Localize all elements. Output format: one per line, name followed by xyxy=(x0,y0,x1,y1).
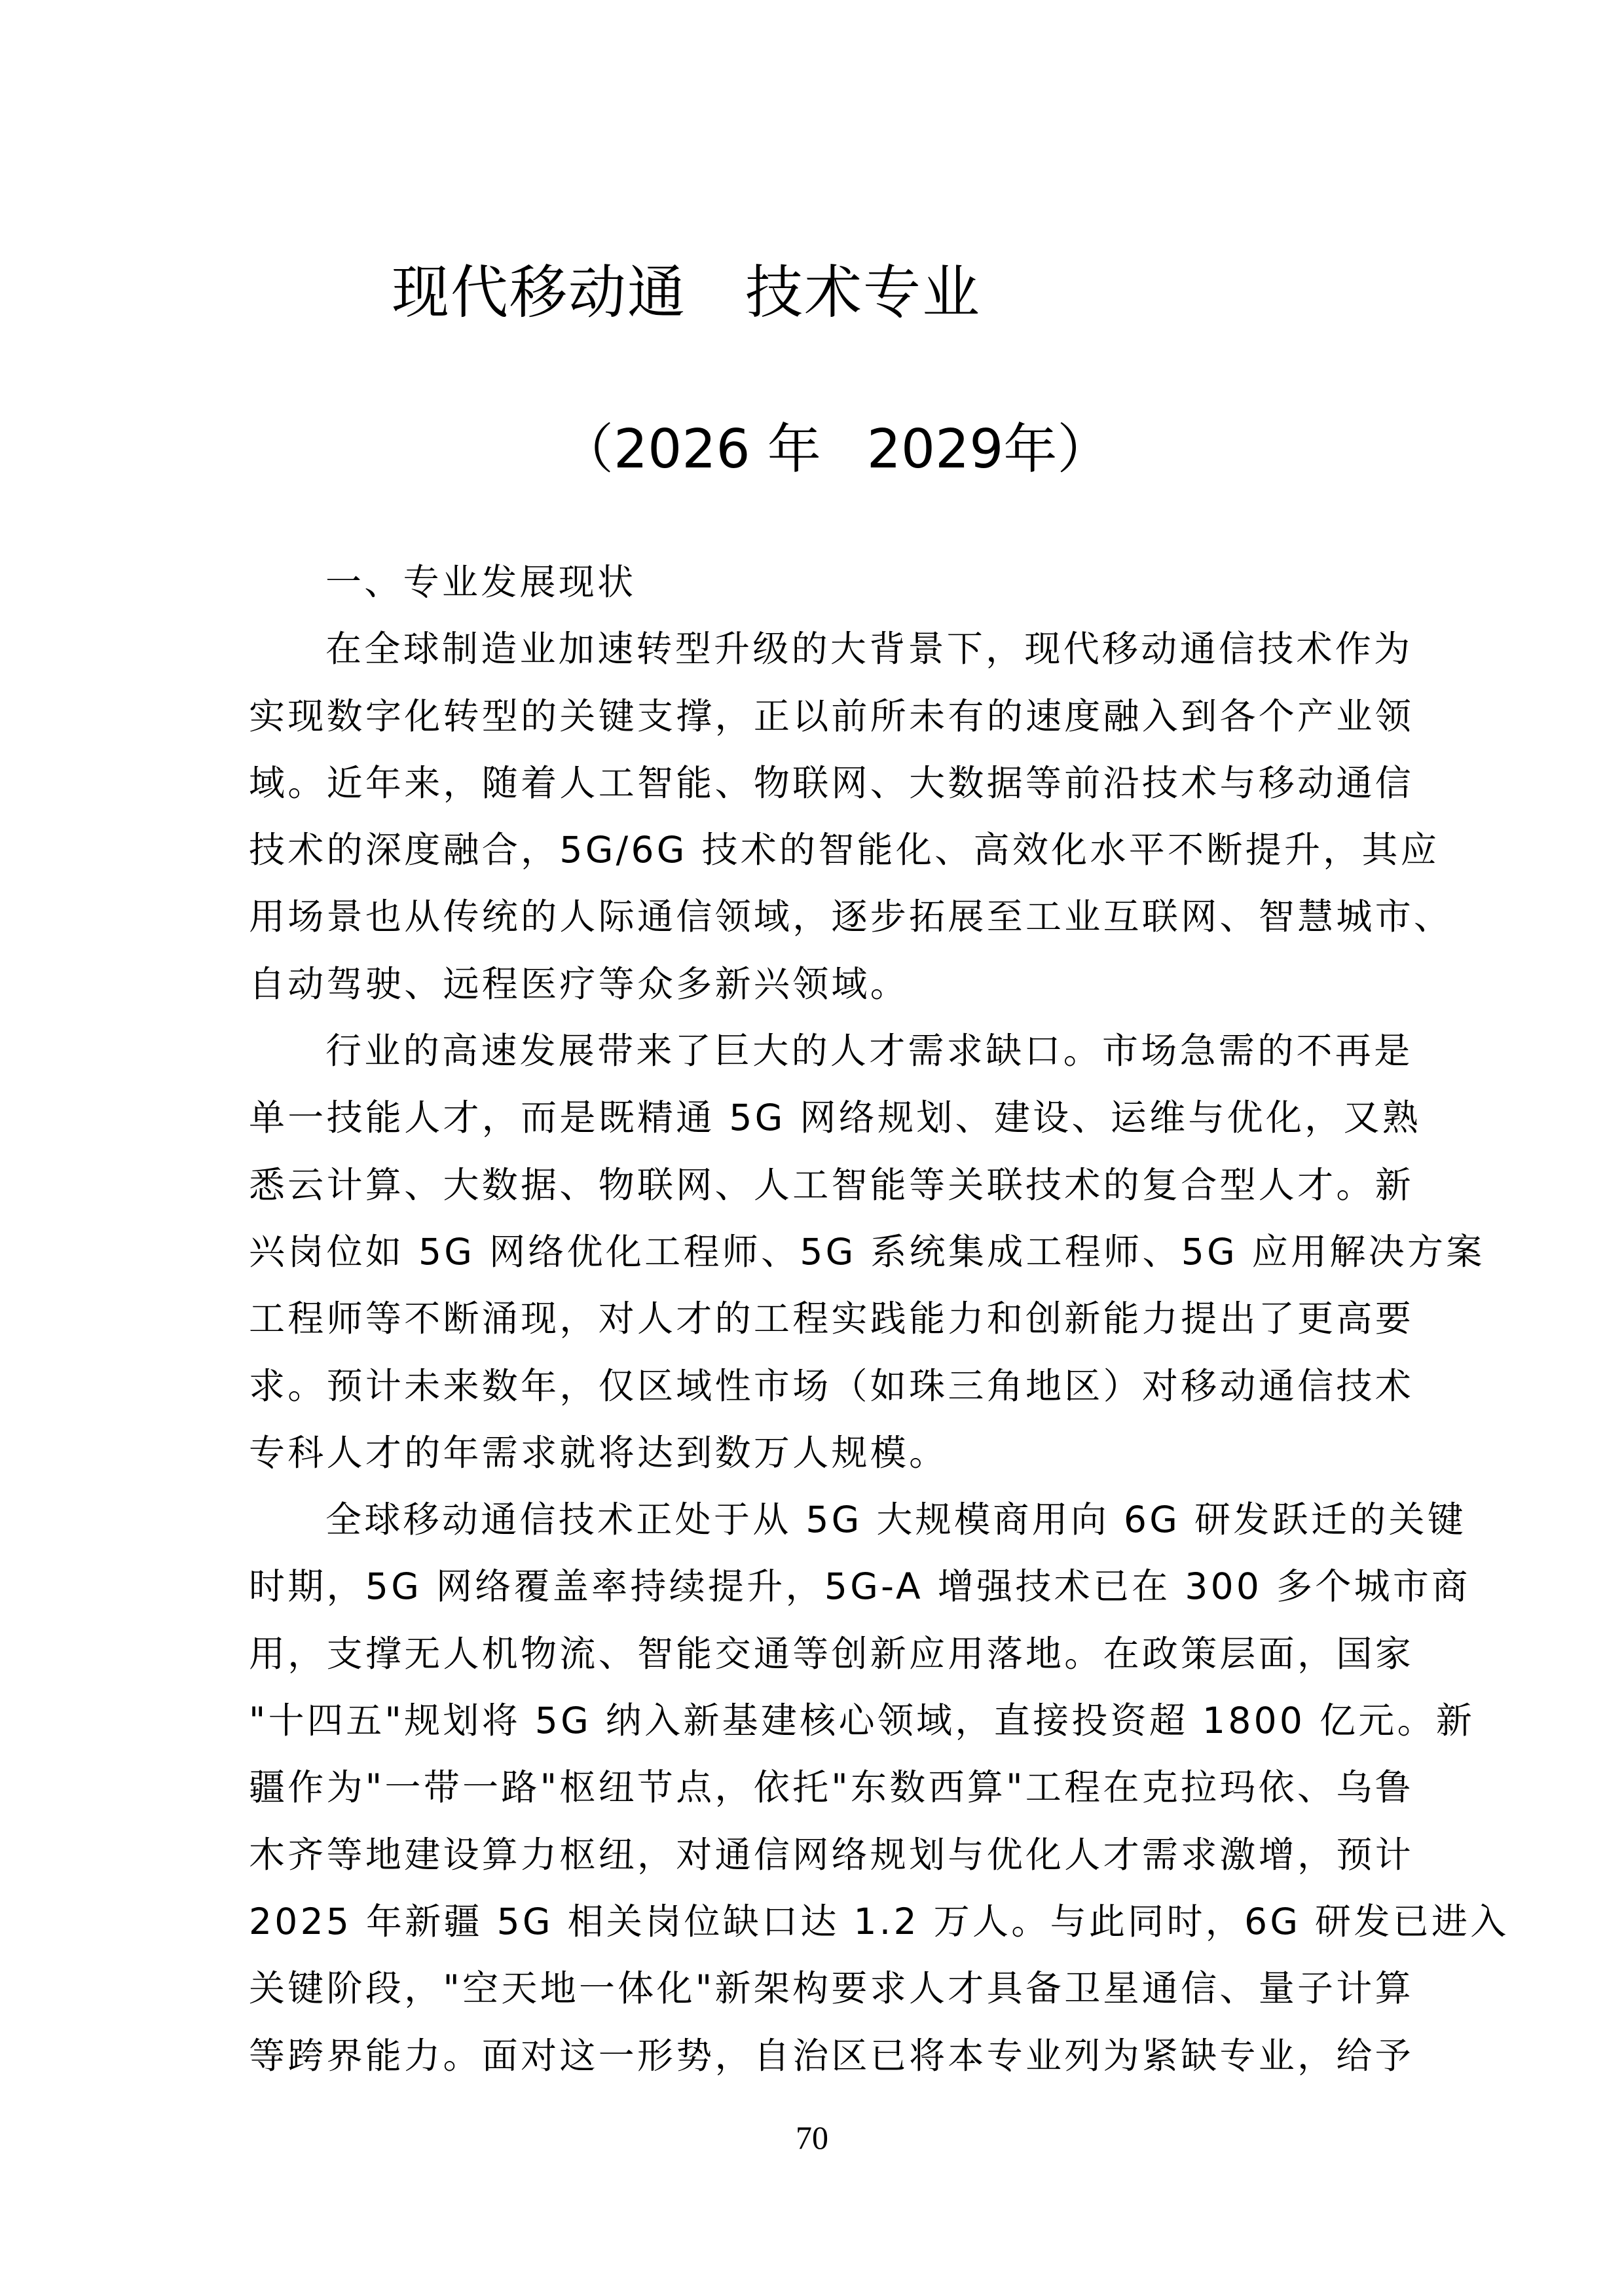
paragraph-3-line-7: 2025 年新疆 5G 相关岗位缺口达 1.2 万人。与此同时，6G 研发已进入 xyxy=(249,1888,1376,1955)
paragraph-1-line-6: 自动驾驶、远程医疗等众多新兴领域。 xyxy=(249,951,1376,1017)
paragraph-2-line-3: 悉云计算、大数据、物联网、人工智能等关联技术的复合型人才。新 xyxy=(249,1152,1376,1218)
title-part-2: 技术专业 xyxy=(745,259,981,326)
paragraph-2-line-2: 单一技能人才，而是既精通 5G 网络规划、建设、运维与优化，又熟 xyxy=(249,1084,1376,1151)
section-heading: 一、专业发展现状 xyxy=(249,549,1376,615)
page-number: 70 xyxy=(0,2118,1624,2157)
paragraph-3-line-5: 疆作为"一带一路"枢纽节点，依托"东数西算"工程在克拉玛依、乌鲁 xyxy=(249,1754,1376,1821)
paragraph-1-line-4: 技术的深度融合，5G/6G 技术的智能化、高效化水平不断提升，其应 xyxy=(249,816,1376,883)
paragraph-3-line-4: "十四五"规划将 5G 纳入新基建核心领域，直接投资超 1800 亿元。新 xyxy=(249,1687,1376,1754)
paragraph-2-line-5: 工程师等不断涌现，对人才的工程实践能力和创新能力提出了更高要 xyxy=(249,1285,1376,1352)
paragraph-1-line-2: 实现数字化转型的关键支撑，正以前所未有的速度融入到各个产业领 xyxy=(249,683,1376,750)
paragraph-3-line-9: 等跨界能力。面对这一形势，自治区已将本专业列为紧缺专业，给予 xyxy=(249,2022,1376,2089)
paragraph-2-line-4: 兴岗位如 5G 网络优化工程师、5G 系统集成工程师、5G 应用解决方案 xyxy=(249,1218,1376,1285)
title-part-1: 现代移动通 xyxy=(392,259,686,326)
paragraph-3-line-6: 木齐等地建设算力枢纽，对通信网络规划与优化人才需求激增，预计 xyxy=(249,1821,1376,1888)
subtitle-end-year: 2029年） xyxy=(867,418,1111,481)
document-title: 现代移动通技术专业 xyxy=(392,257,981,329)
document-page: 现代移动通技术专业 （2026 年2029年） 一、专业发展现状 在全球制造业加… xyxy=(0,0,1624,2296)
paragraph-2-line-7: 专科人才的年需求就将达到数万人规模。 xyxy=(249,1419,1376,1486)
paragraph-3-line-3: 用，支撑无人机物流、智能交通等创新应用落地。在政策层面，国家 xyxy=(249,1620,1376,1687)
paragraph-3-line-2: 时期，5G 网络覆盖率持续提升，5G-A 增强技术已在 300 多个城市商 xyxy=(249,1553,1376,1620)
subtitle-start-year: （2026 年 xyxy=(560,418,821,481)
paragraph-1-line-3: 域。近年来，随着人工智能、物联网、大数据等前沿技术与移动通信 xyxy=(249,750,1376,816)
body-text: 一、专业发展现状 在全球制造业加速转型升级的大背景下，现代移动通信技术作为 实现… xyxy=(249,549,1376,2089)
document-subtitle-years: （2026 年2029年） xyxy=(560,414,1111,486)
paragraph-1-line-1: 在全球制造业加速转型升级的大背景下，现代移动通信技术作为 xyxy=(249,615,1376,682)
paragraph-1-line-5: 用场景也从传统的人际通信领域，逐步拓展至工业互联网、智慧城市、 xyxy=(249,883,1376,950)
paragraph-2-line-6: 求。预计未来数年，仅区域性市场（如珠三角地区）对移动通信技术 xyxy=(249,1353,1376,1419)
paragraph-2-line-1: 行业的高速发展带来了巨大的人才需求缺口。市场急需的不再是 xyxy=(249,1017,1376,1084)
paragraph-3-line-8: 关键阶段，"空天地一体化"新架构要求人才具备卫星通信、量子计算 xyxy=(249,1955,1376,2022)
paragraph-3-line-1: 全球移动通信技术正处于从 5G 大规模商用向 6G 研发跃迁的关键 xyxy=(249,1486,1376,1553)
